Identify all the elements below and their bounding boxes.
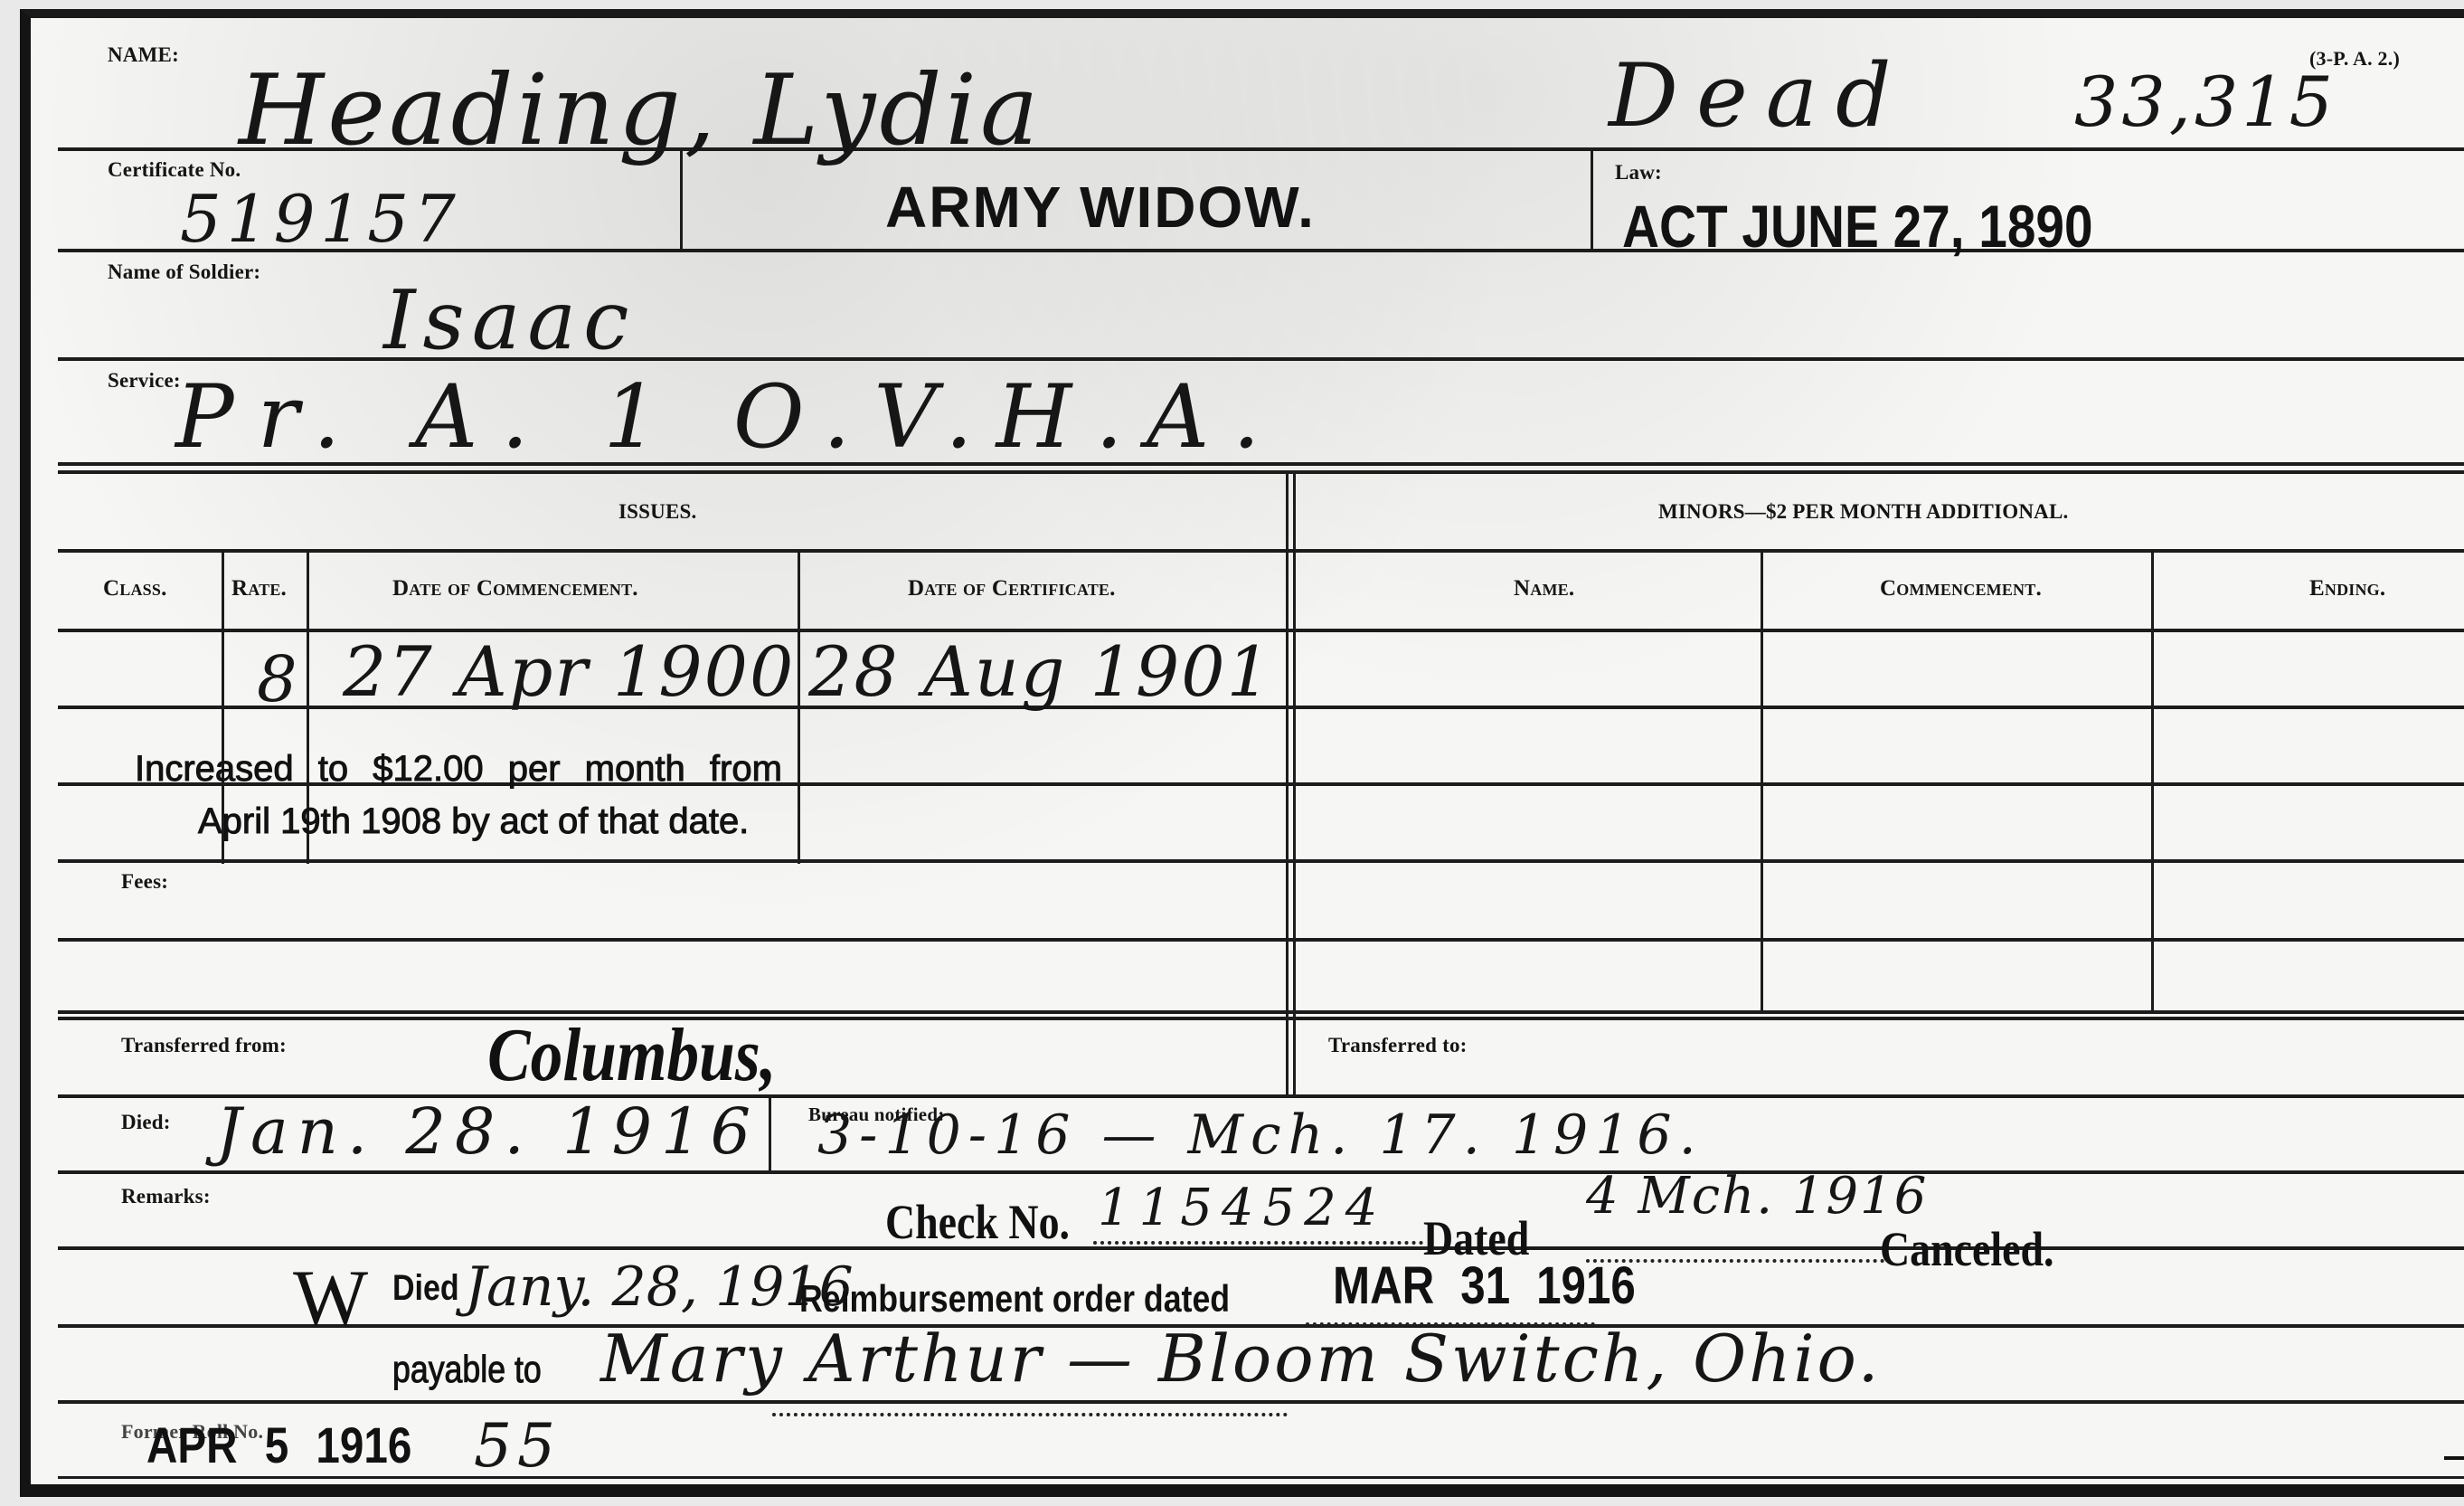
minors-col-ending: Ending. [2309,576,2385,601]
died-remark-label: Died [392,1268,459,1309]
service-value: Pr. A. 1 O.V.H.A. [175,366,1284,468]
minors-title: MINORS—$2 PER MONTH ADDITIONAL. [1658,500,2068,524]
increase-note-line2: April 19th 1908 by act of that date. [198,801,749,842]
category-title: ARMY WIDOW. [885,174,1316,241]
rule [58,1017,2464,1020]
former-roll-no: 55 [474,1411,561,1481]
increase-note-line1: Increased to $12.00 per month from [135,749,782,790]
transferred-from-value: Columbus, [487,1011,776,1099]
check-no-label: Check No. [885,1194,1070,1250]
issues-title: ISSUES. [618,500,696,524]
check-no-value: 1154524 [1098,1179,1386,1237]
soldier-label: Name of Soldier: [108,260,260,284]
dead-number: 33,315 [2074,62,2337,142]
law-label: Law: [1615,161,1662,185]
section-divider [1286,472,1289,1096]
issue-commencement: 27 Apr 1900 [343,631,795,712]
pensioner-name: Heading, Lydia [239,54,1042,167]
bureau-notified-value: 3-10-16 — Mch. 17. 1916. [817,1103,1704,1167]
received-stamp-date: APR 5 1916 [146,1416,411,1474]
reimbursement-date: MAR 31 1916 [1333,1255,1636,1316]
form-code: (3-P. A. 2.) [2309,47,2400,71]
died-label: Died: [121,1111,171,1134]
issue-rate: 8 [257,642,297,716]
minors-col-divider [1761,552,1763,1013]
died-date: Jan. 28. 1916 [216,1094,760,1169]
issues-col-divider [798,552,800,864]
payable-to-value: Mary Arthur — Bloom Switch, Ohio. [600,1321,1881,1397]
rule [58,1170,2464,1174]
payable-label: payable to [392,1348,542,1391]
rule [58,938,2464,942]
check-dated-value: 4 Mch. 1916 [1586,1167,1928,1226]
transferred-to-label: Transferred to: [1328,1034,1468,1057]
service-label: Service: [108,369,181,393]
name-label: NAME: [108,43,179,67]
rule [58,1476,2464,1479]
issues-col-certificate: Date of Certificate. [908,576,1116,601]
check-no-underline [1093,1241,1423,1245]
remarks-label: Remarks: [121,1185,211,1208]
issues-col-class: Class. [103,576,167,601]
status-note: Dead [1609,45,1909,147]
payable-underline [772,1413,1288,1416]
rule [58,549,2464,553]
rule [58,1400,2464,1404]
issues-col-rate: Rate. [231,576,287,601]
w-mark: W [293,1253,368,1344]
died-remark-date: Jany. 28, 1916 [465,1255,854,1319]
law-divider [1591,149,1593,249]
minors-col-name: Name. [1514,576,1574,601]
minors-col-commencement: Commencement. [1880,576,2042,601]
certificate-no-label: Certificate No. [108,158,241,182]
section-divider [1293,472,1296,1096]
soldier-name: Isaac [383,273,636,368]
died-divider [769,1096,771,1170]
rule [58,1246,2464,1250]
fees-label: Fees: [121,870,168,894]
reimbursement-label: Reimbursement order dated [799,1277,1230,1321]
rule [58,1010,2464,1014]
transferred-from-label: Transferred from: [121,1034,287,1057]
rule [58,859,2464,863]
issue-certificate: 28 Aug 1901 [808,631,1272,712]
pension-index-card: NAME: Heading, Lydia Dead 33,315 (3-P. A… [20,9,2464,1497]
canceled-label: Canceled. [1880,1221,2053,1277]
issues-col-commencement: Date of Commencement. [392,576,638,601]
rule [58,470,2464,474]
certificate-no: 519157 [180,181,461,257]
minors-col-divider [2151,552,2154,1013]
edge-mark-icon [2444,1456,2464,1460]
law-value: ACT JUNE 27, 1890 [1622,192,2093,260]
